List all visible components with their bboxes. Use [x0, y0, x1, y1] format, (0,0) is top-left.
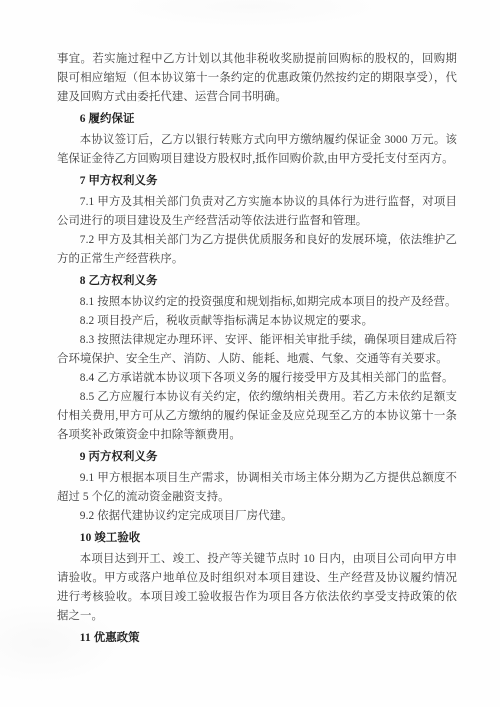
paragraph-8-5: 8.5 乙方应履行本协议有关约定，依约缴纳相关费用。若乙方未依约足额支付相关费用… [57, 388, 457, 445]
paragraph-8-1: 8.1 按照本协议约定的投资强度和规划指标,如期完成本项目的投产及经营。 [57, 293, 457, 312]
section-heading-9: 9 丙方权利义务 [57, 448, 457, 467]
paragraph-10-body: 本项目达到开工、竣工、投产等关键节点时 10 日内，由项目公司向甲方申请验收。甲… [57, 550, 457, 626]
document-body: 事宜。若实施过程中乙方计划以其他非税收奖励提前回购标的股权的，回购期限可相应缩短… [57, 50, 457, 650]
paragraph-8-4: 8.4 乙方承诺就本协议项下各项义务的履行接受甲方及其相关部门的监督。 [57, 369, 457, 388]
paragraph-continuation: 事宜。若实施过程中乙方计划以其他非税收奖励提前回购标的股权的，回购期限可相应缩短… [57, 50, 457, 107]
paragraph-8-3: 8.3 按照法律规定办理环评、安评、能评相关审批手续，确保项目建成后符合环境保护… [57, 331, 457, 369]
paragraph-7-1: 7.1 甲方及其相关部门负责对乙方实施本协议的具体行为进行监督，对项目公司进行的… [57, 193, 457, 231]
section-heading-8: 8 乙方权利义务 [57, 272, 457, 291]
paragraph-7-2: 7.2 甲方及其相关部门为乙方提供优质服务和良好的发展环境，依法维护乙方的正常生… [57, 231, 457, 269]
document-page: 事宜。若实施过程中乙方计划以其他非税收奖励提前回购标的股权的，回购期限可相应缩短… [0, 0, 500, 707]
paragraph-6-body: 本协议签订后，乙方以银行转账方式向甲方缴纳履约保证金 3000 万元。该笔保证金… [57, 131, 457, 169]
paragraph-9-2: 9.2 依据代建协议约定完成项目厂房代建。 [57, 507, 457, 526]
paragraph-9-1: 9.1 甲方根据本项目生产需求，协调相关市场主体分期为乙方提供总额度不超过 5 … [57, 469, 457, 507]
section-heading-6: 6 履约保证 [57, 110, 457, 129]
paragraph-8-2: 8.2 项目投产后，税收贡献等指标满足本协议规定的要求。 [57, 312, 457, 331]
section-heading-7: 7 甲方权利义务 [57, 172, 457, 191]
section-heading-11: 11 优惠政策 [57, 629, 457, 648]
section-heading-10: 10 竣工验收 [57, 529, 457, 548]
